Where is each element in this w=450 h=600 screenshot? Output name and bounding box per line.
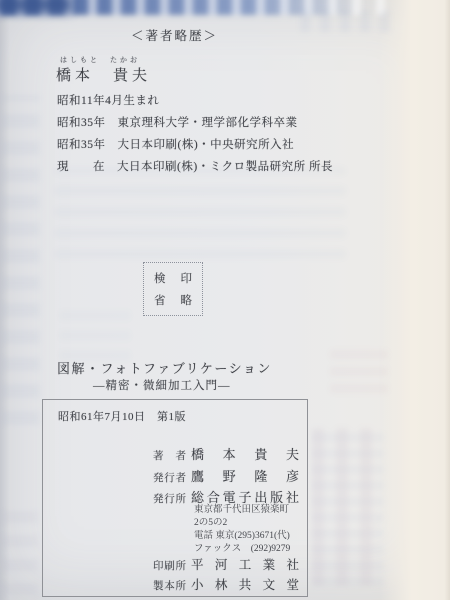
credit-label: 著者: [153, 448, 186, 463]
production-value: 平河工業社: [191, 555, 299, 573]
ghost-showthrough-text: [300, 10, 395, 32]
credit-value: 鷹野隆彦: [191, 466, 299, 485]
production-label: 印刷所: [153, 558, 186, 573]
credit-row-publisher-person: 発行者鷹野隆彦: [153, 466, 299, 486]
blurred-cover-edge-dark: [0, 0, 72, 13]
bio-line-current-position: 現 在 大日本印刷(株)・ミクロ製品研究所 所長: [57, 158, 333, 174]
ghost-showthrough-text: [312, 428, 384, 586]
production-value: 小林共文堂: [191, 575, 299, 593]
ghost-showthrough-text: [2, 95, 40, 425]
ghost-showthrough-text: [330, 345, 388, 393]
book-title: 図解・フォトファブリケーション: [57, 358, 272, 377]
production-row-printer: 印刷所平河工業社: [153, 555, 299, 574]
author-name: 橋本 貴夫: [56, 64, 151, 85]
bio-line-birth: 昭和11年4月生まれ: [57, 92, 159, 108]
credit-value: 橋本貴夫: [191, 444, 299, 463]
production-label: 製本所: [153, 578, 186, 593]
publisher-fax-line: ファックス (292)9279: [194, 540, 290, 554]
production-row-bindery: 製本所小林共文堂: [153, 575, 299, 594]
edition-date-line: 昭和61年7月10日 第1版: [58, 408, 186, 424]
credit-row-author: 著者橋本貴夫: [153, 444, 299, 464]
stamp-box-line1: 検印: [144, 270, 202, 286]
page-fore-edge: [380, 0, 450, 600]
bio-line-education: 昭和35年 東京理科大学・理学部化学科卒業: [57, 114, 298, 130]
credit-label: 発行者: [153, 470, 186, 485]
publisher-phone-line: 電話 東京(295)3671(代): [194, 527, 290, 541]
stamp-box-line2: 省略: [144, 292, 202, 308]
inspection-stamp-omitted-box: 検印 省略: [143, 262, 203, 316]
publication-info-box: 昭和61年7月10日 第1版 著者橋本貴夫 発行者鷹野隆彦 発行所総合電子出版社…: [42, 399, 308, 597]
section-header-author-bio: ＜著者略歴＞: [131, 26, 218, 44]
publisher-address-line: 東京都千代田区猿楽町: [194, 501, 289, 515]
credit-label: 発行所: [153, 491, 186, 506]
publisher-address-line: 2の5の2: [194, 514, 227, 528]
ghost-showthrough-text: [60, 300, 130, 360]
ghost-showthrough-text: [2, 500, 38, 595]
book-colophon-page-photo: ＜著者略歴＞ はしもと たかお 橋本 貴夫 昭和11年4月生まれ 昭和35年 東…: [0, 0, 450, 600]
book-subtitle: ―精密・微細加工入門―: [93, 377, 231, 393]
ghost-showthrough-text: [55, 168, 345, 258]
bio-line-career: 昭和35年 大日本印刷(株)・中央研究所入社: [57, 136, 294, 152]
